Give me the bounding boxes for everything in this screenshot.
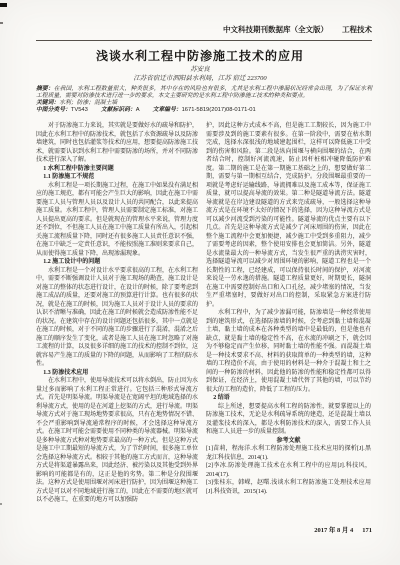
section-heading-1: 1 水利工程中防渗主要问题	[36, 165, 198, 174]
paragraph-1-3-continued: 护，因此这种方式成本不高，但是施工工期较长，因为施工中需要涉及到的施工要素有很多…	[206, 122, 371, 309]
clc-label: 中图分类号：	[36, 107, 71, 113]
paragraph-1-1: 水利工程是一项长期施工过程，在施工中如果没有满足相应的施工规范，都有可能会产生巨…	[36, 182, 198, 259]
body-column-left: 对于防渗施工力来说，其实就是要做好水的疏导和防护，因此在水利工程中的防渗技术，就…	[36, 122, 198, 505]
reference-item-3: [3]张桂东，韩嵘，赵曙.浅谈水利工程防渗施工处理技术应用[J].科技资讯，20…	[206, 479, 371, 496]
keywords-text: 水利；防渗；混凝土墙	[59, 100, 117, 106]
paper-page: 中文科技期刊数据库（全文版）工程技术 浅谈水利工程中防渗施工技术的应用 苏安良 …	[0, 0, 400, 565]
reference-item-1: [1]苗莉，程海洋.水利工程防渗处理施工技术应用的探析[J].黑龙江科技信息，2…	[206, 445, 371, 462]
article-id-value: 1671-5819(2017)08-0171-01	[182, 107, 256, 113]
subsection-heading-1-1: 1.1 防渗施工不规范	[36, 173, 198, 182]
article-title: 浅谈水利工程中防渗施工技术的应用	[0, 47, 400, 64]
clc-value: TV543	[71, 107, 88, 113]
references-heading: 参考文献	[206, 437, 371, 446]
author-name: 苏安良	[0, 64, 400, 73]
subsection-heading-1-2: 1.2 施工设计中的问题	[36, 258, 198, 267]
paragraph-seepage-wall: 水利工程中，为了减少渗漏可能，防渗墙是一种经常使用到的建筑形式，在选择防渗墙的时…	[206, 309, 371, 394]
abstract-text: 在我国，水利工程数量很大，种类很多，其中存在的风险也有很多，尤其是水利工程中渗漏…	[36, 86, 372, 99]
page-footer: 2017 年 8 月 4171	[314, 525, 372, 534]
reference-item-2: [2]李冰.防渗处理施工技术在水利工程中的应用[J].科技风，2014(17).	[206, 462, 371, 479]
scan-artifact-speck	[0, 3, 7, 7]
footer-date: 2017 年 8 月 4	[314, 527, 353, 534]
paragraph-1-3: 在水利工程中，使用导流技术可以将水倒出，防止因为水量过多而影响了水利工程正常进行…	[36, 377, 198, 505]
doc-code-label: 文献标识码：	[101, 107, 136, 113]
subsection-heading-1-3: 1.3 防渗技术应用	[36, 369, 198, 378]
scan-artifact-speck	[0, 503, 2, 505]
body-column-right: 护，因此这种方式成本不高，但是施工工期较长，因为施工中需要涉及到的施工要素有很多…	[206, 122, 371, 496]
subject-category: 工程技术	[342, 25, 372, 34]
conclusion-paragraph: 综上所述，想要提高水利工程的防渗性，就要掌握以上的防渗施工技术，无论是水利疏导系…	[206, 403, 371, 437]
abstract-label: 摘要：	[36, 86, 54, 92]
keywords-label: 关键词：	[36, 100, 59, 106]
intro-paragraph: 对于防渗施工力来说，其实就是要做好水的疏导和防护，因此在水利工程中的防渗技术，就…	[36, 122, 198, 165]
classification-line: 中图分类号：TV543文献标识码：A文章编号：1671-5819(2017)08…	[36, 107, 372, 114]
author-affiliation: 江苏省宿迁市泗阳县水利局，江苏 宿迁 223700	[0, 73, 400, 82]
section-heading-2: 2 结语	[206, 394, 371, 403]
article-id-label: 文章编号：	[153, 107, 182, 113]
article-meta-block: 摘要：在我国，水利工程数量很大，种类很多，其中存在的风险也有很多，尤其是水利工程…	[36, 86, 372, 114]
footer-page-number: 171	[362, 527, 372, 534]
paragraph-1-2: 水利工程是一个对设计水平要求很高的工程，在水利工程中，需要不断强调设计人员对于施…	[36, 267, 198, 369]
journal-header: 中文科技期刊数据库（全文版）工程技术	[36, 24, 372, 41]
abstract: 摘要：在我国，水利工程数量很大，种类很多，其中存在的风险也有很多，尤其是水利工程…	[36, 86, 372, 100]
doc-code-value: A	[136, 107, 140, 113]
database-name: 中文科技期刊数据库（全文版）	[223, 25, 328, 34]
scan-artifact-speck	[0, 22, 3, 24]
